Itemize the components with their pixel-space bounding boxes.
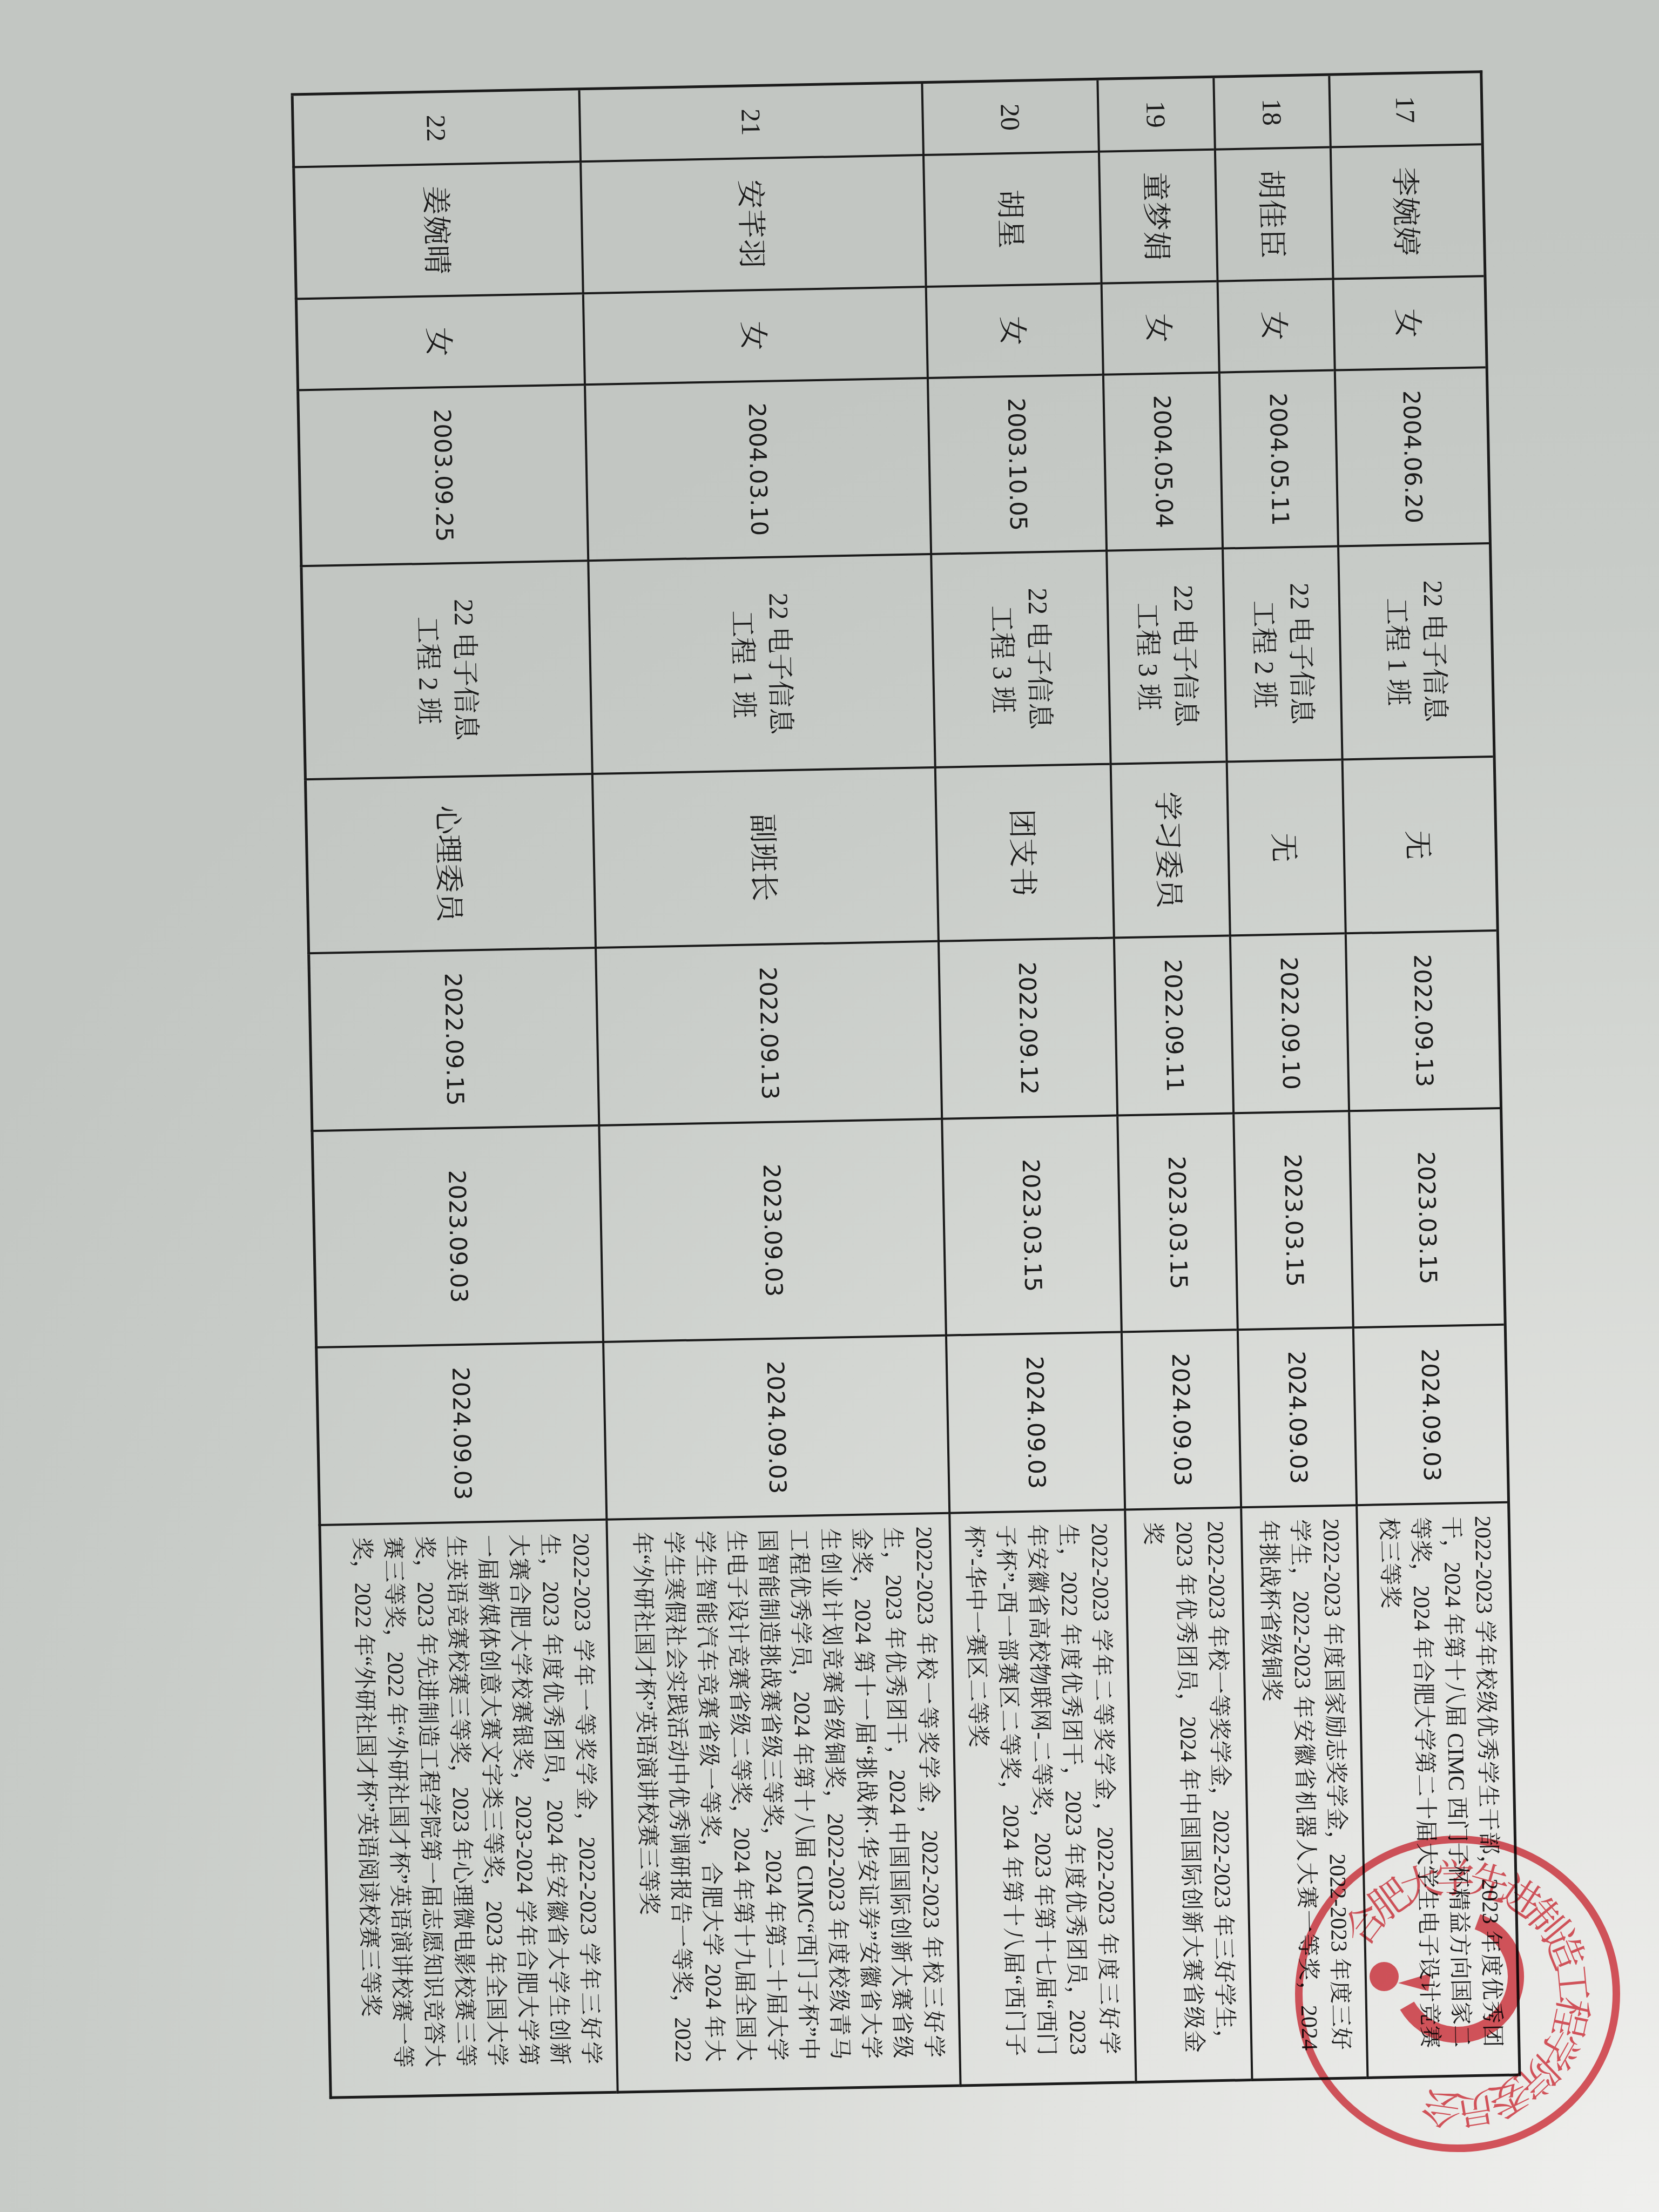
awards: 2022-2023 学年校级优秀学生干部，2023 年度优秀团干，2024 年第… — [1355, 1503, 1518, 2079]
student-roster-table: 17 李婉婷 女 2004.06.20 22 电子信息工程 1 班 无 2022… — [291, 70, 1521, 2099]
gender: 女 — [1217, 280, 1334, 374]
position: 学习委员 — [1110, 763, 1229, 939]
seal-character: 程 — [1544, 1993, 1595, 2041]
gender: 女 — [295, 294, 584, 391]
class-name: 22 电子信息工程 1 班 — [1378, 574, 1454, 729]
birth-date: 2004.06.20 — [1334, 368, 1489, 547]
awards: 2022-2023 年校一等奖学金，2022-2023 年校三好学生，2023 … — [605, 1514, 959, 2094]
date-3: 2024.09.03 — [1121, 1331, 1240, 1510]
birth-date: 2003.09.25 — [296, 386, 587, 567]
position: 无 — [1226, 760, 1345, 936]
row-number: 21 — [578, 84, 922, 163]
seal-character: 制 — [1516, 1891, 1575, 1950]
class-cell: 22 电子信息工程 2 班 — [1222, 547, 1341, 763]
date-1: 2022.09.15 — [307, 949, 598, 1132]
class-cell: 22 电子信息工程 1 班 — [1337, 544, 1493, 760]
awards: 2022-2023 学年一等奖学金，2022-2023 学年三好学生，2023 … — [318, 1521, 616, 2099]
date-2: 2023.09.03 — [598, 1120, 945, 1343]
date-1: 2022.09.10 — [1229, 934, 1348, 1114]
class-name: 22 电子信息工程 3 班 — [1129, 578, 1205, 734]
date-1: 2022.09.13 — [1345, 932, 1500, 1112]
date-1: 2022.09.11 — [1113, 936, 1232, 1116]
seal-character: 造 — [1535, 1923, 1591, 1977]
position: 团支书 — [934, 765, 1113, 942]
student-name: 童梦娟 — [1098, 151, 1217, 285]
row-number: 22 — [291, 90, 579, 168]
birth-date: 2004.03.10 — [584, 379, 930, 562]
row-number: 18 — [1212, 76, 1330, 151]
date-1: 2022.09.12 — [938, 939, 1116, 1120]
class-cell: 22 电子信息工程 3 班 — [930, 552, 1110, 768]
position: 心理委员 — [304, 775, 595, 954]
student-name: 安芊羽 — [579, 156, 925, 294]
seal-character: 员 — [1450, 2082, 1499, 2133]
row-number: 17 — [1328, 73, 1481, 148]
row-number: 19 — [1096, 78, 1214, 153]
position: 无 — [1341, 758, 1496, 934]
student-name: 胡星 — [922, 153, 1101, 288]
awards: 2022-2023 学年二等奖学金，2022-2023 年度三好学生，2022 … — [948, 1510, 1135, 2087]
awards: 2022-2023 年校一等奖学金，2022-2023 年三好学生，2023 年… — [1124, 1508, 1251, 2083]
student-name: 姜婉晴 — [292, 163, 582, 300]
date-3: 2024.09.03 — [315, 1343, 605, 1526]
seal-character: 学 — [1528, 2021, 1587, 2078]
date-2: 2023.03.15 — [1232, 1112, 1352, 1331]
birth-date: 2004.05.11 — [1218, 372, 1337, 550]
seal-character: 工 — [1548, 1961, 1595, 2005]
date-2: 2023.03.15 — [1348, 1109, 1504, 1328]
class-name: 22 电子信息工程 2 班 — [1244, 576, 1320, 732]
birth-date: 2003.10.05 — [927, 376, 1105, 555]
row-number: 20 — [921, 80, 1098, 156]
class-name: 22 电子信息工程 3 班 — [983, 581, 1059, 737]
class-name: 22 电子信息工程 2 班 — [409, 592, 485, 748]
date-3: 2024.09.03 — [1237, 1328, 1355, 1508]
date-3: 2024.09.03 — [1352, 1326, 1507, 1506]
awards: 2022-2023 年度国家励志奖学金，2022-2023 年度三好学生，202… — [1240, 1506, 1366, 2081]
student-name: 李婉婷 — [1330, 145, 1484, 280]
date-1: 2022.09.13 — [595, 942, 941, 1127]
gender: 女 — [582, 288, 927, 386]
class-name: 22 电子信息工程 1 班 — [724, 586, 800, 742]
date-2: 2023.03.15 — [1116, 1114, 1237, 1333]
student-name: 胡佳臣 — [1214, 149, 1332, 282]
seal-character: 会 — [1419, 2082, 1465, 2132]
date-2: 2023.09.03 — [311, 1127, 602, 1348]
gender: 女 — [1332, 277, 1486, 371]
date-3: 2024.09.03 — [602, 1337, 948, 1521]
class-cell: 22 电子信息工程 2 班 — [300, 562, 591, 780]
position: 副班长 — [591, 768, 938, 949]
birth-date: 2004.05.04 — [1102, 374, 1222, 552]
class-cell: 22 电子信息工程 3 班 — [1105, 550, 1226, 765]
gender: 女 — [1101, 282, 1218, 376]
gender: 女 — [925, 285, 1102, 379]
date-3: 2024.09.03 — [945, 1333, 1124, 1514]
date-2: 2023.03.15 — [941, 1117, 1121, 1337]
class-cell: 22 电子信息工程 1 班 — [587, 555, 934, 775]
